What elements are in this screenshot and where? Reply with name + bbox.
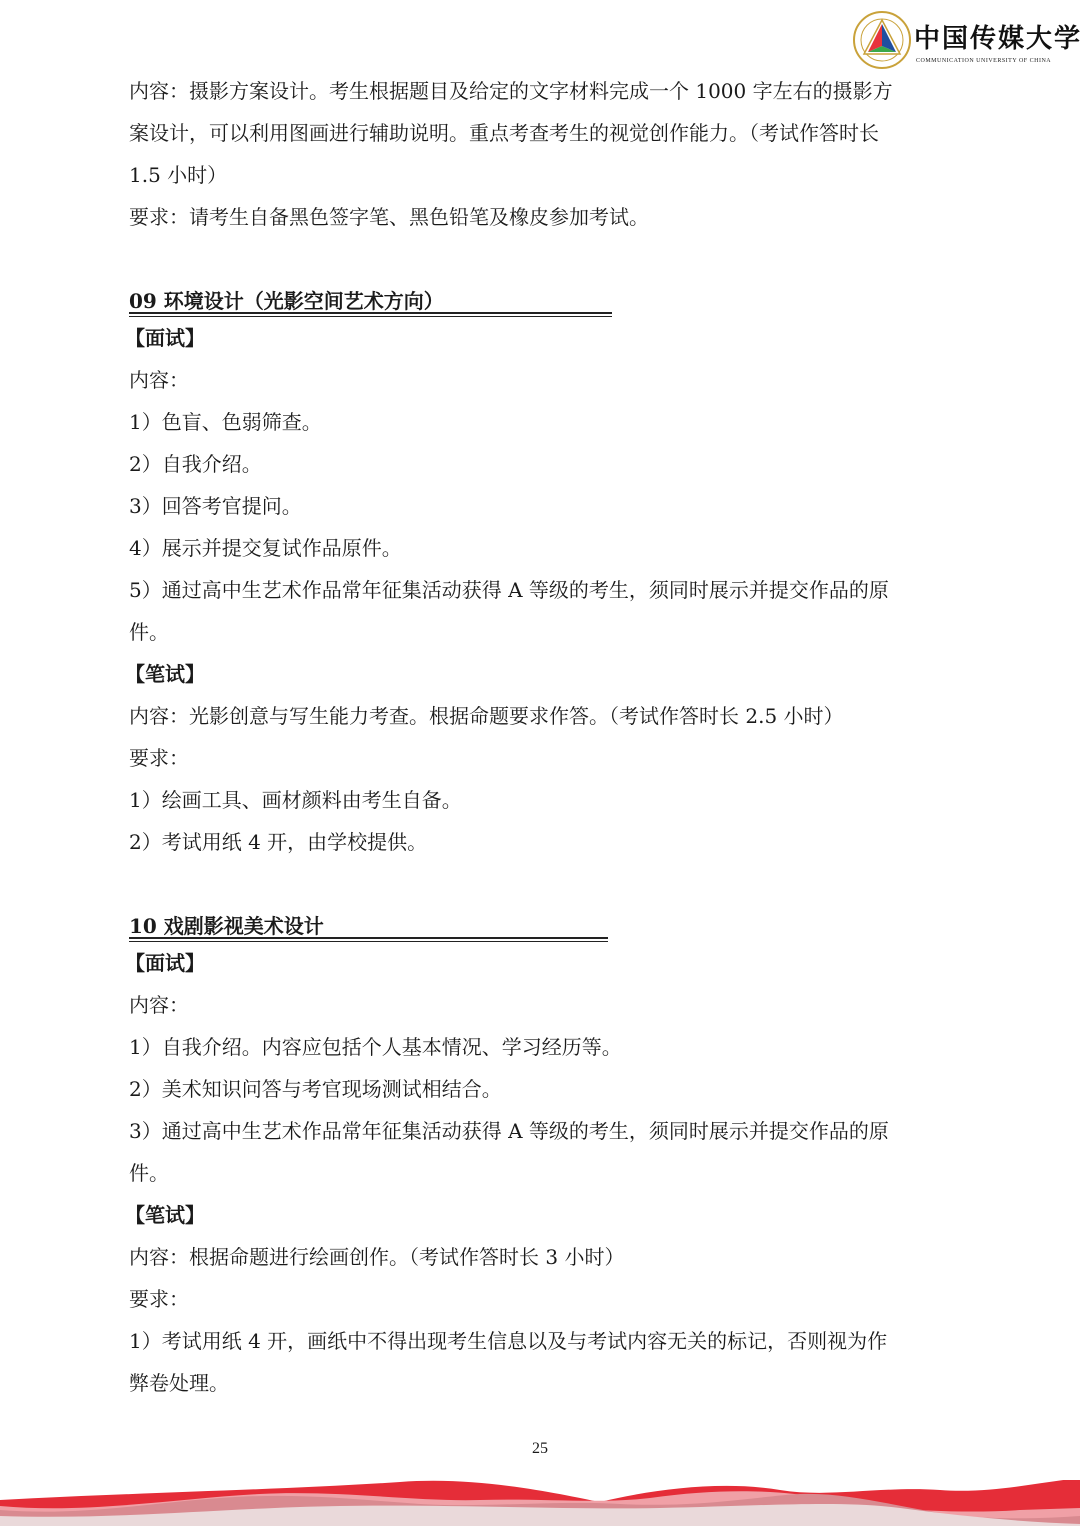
paragraph-line: 内容： [129, 359, 954, 401]
list-item: 2）考试用纸 4 开，由学校提供。 [129, 821, 954, 863]
section-10: 10 戏剧影视美术设计 【面试】 内容： 1）自我介绍。内容应包括个人基本情况、… [129, 905, 954, 1404]
logo-english-name: COMMUNICATION UNIVERSITY OF CHINA [916, 58, 1051, 64]
logo-chinese-name: 中国传媒大学 [914, 18, 1080, 55]
list-item: 3）回答考官提问。 [129, 485, 954, 527]
written-label: 【笔试】 [125, 1194, 954, 1236]
intro-block: 内容：摄影方案设计。考生根据题目及给定的文字材料完成一个 1000 字左右的摄影… [129, 70, 954, 238]
paragraph-line: 案设计，可以利用图画进行辅助说明。重点考查考生的视觉创作能力。（考试作答时长 [129, 112, 954, 154]
spacer [129, 863, 954, 905]
list-item: 弊卷处理。 [129, 1362, 954, 1404]
list-item: 件。 [129, 611, 954, 653]
page-number: 25 [0, 1440, 1080, 1458]
list-item: 2）自我介绍。 [129, 443, 954, 485]
emblem-icon [852, 10, 912, 70]
footer-wave-decoration [0, 1480, 1080, 1526]
university-logo: 中国传媒大学 COMMUNICATION UNIVERSITY OF CHINA [852, 10, 1062, 72]
list-item: 件。 [129, 1152, 954, 1194]
list-item: 2）美术知识问答与考官现场测试相结合。 [129, 1068, 954, 1110]
paragraph-line: 要求：请考生自备黑色签字笔、黑色铅笔及橡皮参加考试。 [129, 196, 954, 238]
list-item: 1）色盲、色弱筛查。 [129, 401, 954, 443]
list-item: 1）自我介绍。内容应包括个人基本情况、学习经历等。 [129, 1026, 954, 1068]
paragraph-line: 内容： [129, 984, 954, 1026]
list-item: 4）展示并提交复试作品原件。 [129, 527, 954, 569]
paragraph-line: 内容：光影创意与写生能力考查。根据命题要求作答。（考试作答时长 2.5 小时） [129, 695, 954, 737]
spacer [129, 238, 954, 280]
written-label: 【笔试】 [125, 653, 954, 695]
paragraph-line: 内容：摄影方案设计。考生根据题目及给定的文字材料完成一个 1000 字左右的摄影… [129, 70, 954, 112]
paragraph-line: 要求： [129, 1278, 954, 1320]
interview-label: 【面试】 [125, 317, 954, 359]
list-item: 5）通过高中生艺术作品常年征集活动获得 A 等级的考生，须同时展示并提交作品的原 [129, 569, 954, 611]
paragraph-line: 内容：根据命题进行绘画创作。（考试作答时长 3 小时） [129, 1236, 954, 1278]
section-09: 09 环境设计（光影空间艺术方向） 【面试】 内容： 1）色盲、色弱筛查。 2）… [129, 280, 954, 863]
list-item: 3）通过高中生艺术作品常年征集活动获得 A 等级的考生，须同时展示并提交作品的原 [129, 1110, 954, 1152]
paragraph-line: 要求： [129, 737, 954, 779]
document-body: 内容：摄影方案设计。考生根据题目及给定的文字材料完成一个 1000 字左右的摄影… [129, 70, 954, 1404]
list-item: 1）考试用纸 4 开，画纸中不得出现考生信息以及与考试内容无关的标记，否则视为作 [129, 1320, 954, 1362]
list-item: 1）绘画工具、画材颜料由考生自备。 [129, 779, 954, 821]
paragraph-line: 1.5 小时） [129, 154, 954, 196]
interview-label: 【面试】 [125, 942, 954, 984]
